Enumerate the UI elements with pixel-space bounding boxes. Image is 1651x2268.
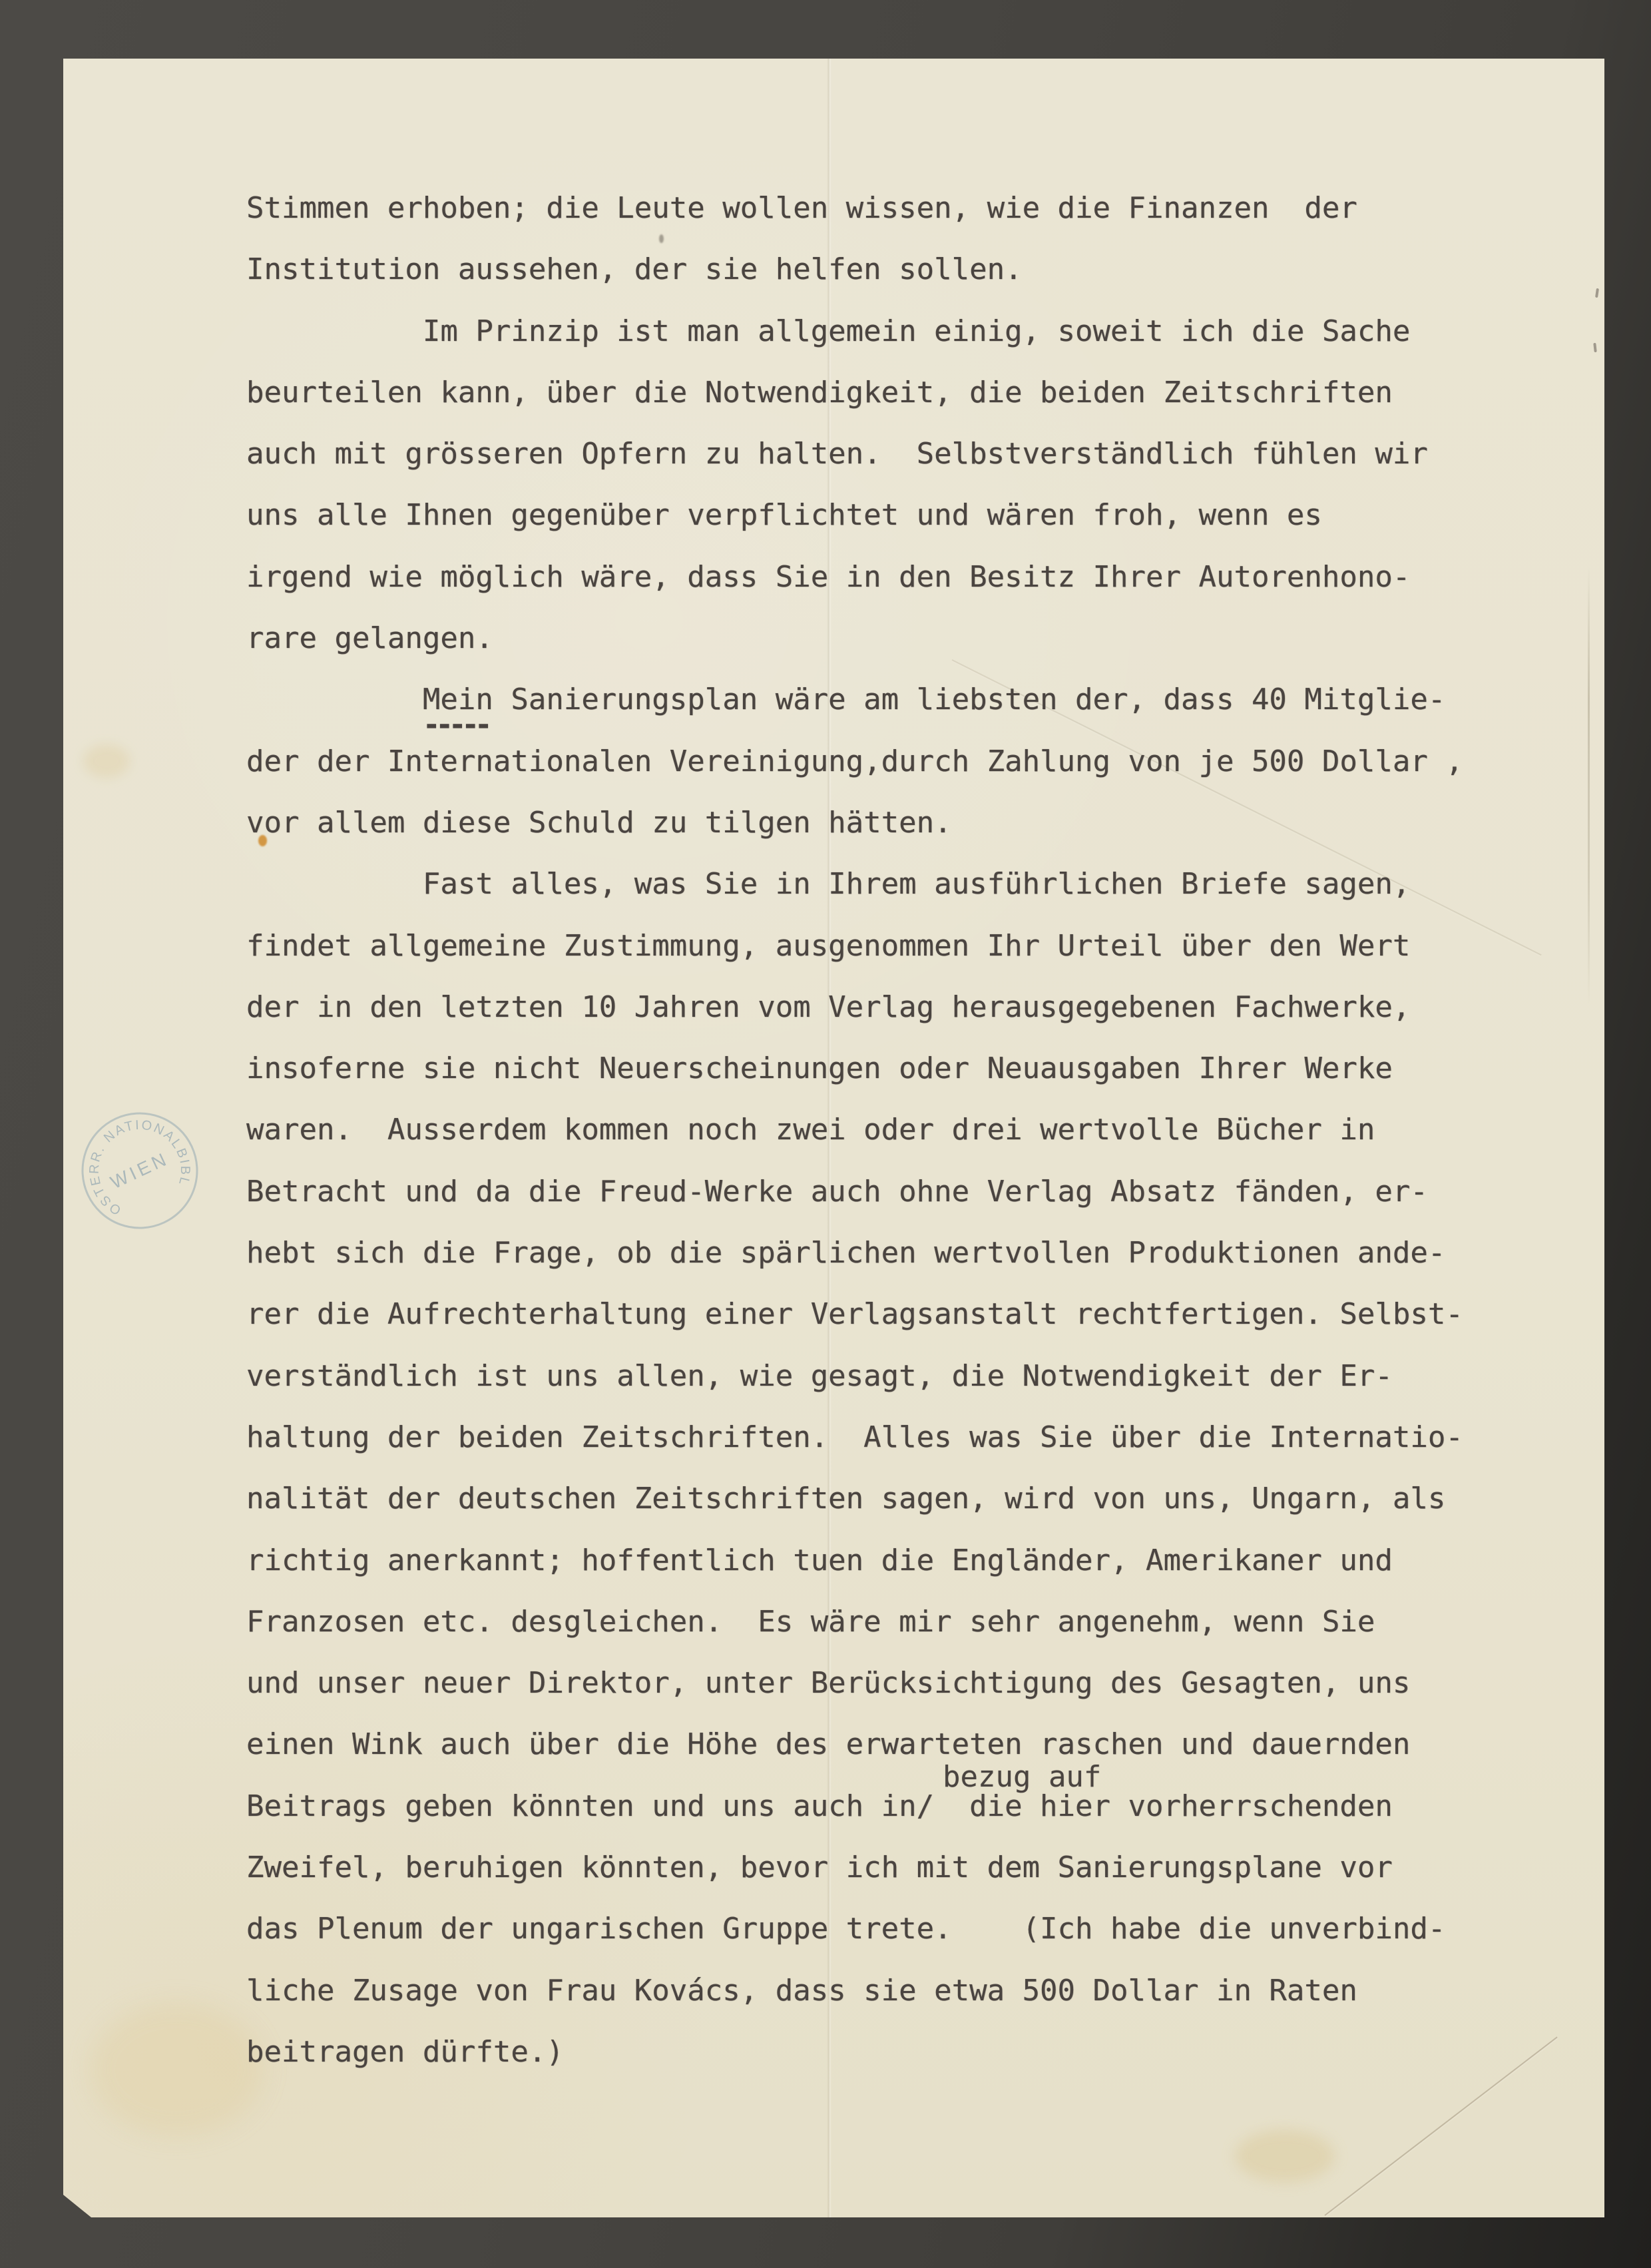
paper-stain — [1235, 2129, 1335, 2183]
typed-line-30: liche Zusage von Frau Kovács, dass sie e… — [246, 1960, 1571, 2022]
typed-text: Stimmen erhoben; die Leute wollen wissen… — [246, 178, 1571, 2083]
typed-line-20: verständlich ist uns allen, wie gesagt, … — [246, 1346, 1571, 1407]
typed-line-8: rare gelangen. — [246, 608, 1571, 669]
typed-line-27: Beitrags geben könnten und uns auch in/ … — [246, 1776, 1571, 1837]
typed-line-4: beurteilen kann, über die Notwendigkeit,… — [246, 362, 1571, 424]
typed-line-28: Zweifel, beruhigen könnten, bevor ich mi… — [246, 1837, 1571, 1898]
typed-line-31: beitragen dürfte.) — [246, 2022, 1571, 2083]
stamp-center-text: WIEN — [107, 1148, 172, 1193]
typed-line-6: uns alle Ihnen gegenüber verpflichtet un… — [246, 485, 1571, 546]
typed-line-11: vor allem diese Schuld zu tilgen hätten. — [246, 792, 1571, 854]
typed-line-24: Franzosen etc. desgleichen. Es wäre mir … — [246, 1591, 1571, 1653]
paper-stain — [90, 2003, 263, 2136]
typed-line-12: Fast alles, was Sie in Ihrem ausführlich… — [246, 854, 1571, 915]
typed-line-23: richtig anerkannt; hoffentlich tuen die … — [246, 1530, 1571, 1591]
typed-line-25: und unser neuer Direktor, unter Berücksi… — [246, 1653, 1571, 1714]
typed-line-14: der in den letzten 10 Jahren vom Verlag … — [246, 977, 1571, 1038]
typed-line-19: rer die Aufrechterhaltung einer Verlagsa… — [246, 1284, 1571, 1345]
typed-line-26: einen Wink auch über die Höhe des erwart… — [246, 1714, 1571, 1775]
typed-line-22: nalität der deutschen Zeitschriften sage… — [246, 1468, 1571, 1530]
right-edge-crease — [1588, 566, 1590, 1005]
typed-line-29: das Plenum der ungarischen Gruppe trete.… — [246, 1898, 1571, 1960]
library-stamp: OSTERR. NATIONALBIBLIOTHEK WIEN — [51, 1082, 228, 1259]
typed-line-13: findet allgemeine Zustimmung, ausgenomme… — [246, 916, 1571, 977]
edge-mark — [1595, 288, 1599, 298]
typed-line-2: Institution aussehen, der sie helfen sol… — [246, 239, 1571, 300]
inserted-correction-text: bezug auf — [943, 1760, 1101, 1794]
typed-line-5: auch mit grösseren Opfern zu halten. Sel… — [246, 424, 1571, 485]
typed-line-15: insoferne sie nicht Neuerscheinungen ode… — [246, 1038, 1571, 1099]
typed-line-17: Betracht und da die Freud-Werke auch ohn… — [246, 1161, 1571, 1223]
typed-line-18: hebt sich die Frage, ob die spärlichen w… — [246, 1223, 1571, 1284]
edge-mark — [1593, 343, 1596, 352]
typed-line-7: irgend wie möglich wäre, dass Sie in den… — [246, 547, 1571, 608]
paper-stain — [83, 744, 130, 778]
typed-line-3: Im Prinzip ist man allgemein einig, sowe… — [246, 301, 1571, 362]
typed-line-16: waren. Ausserdem kommen noch zwei oder d… — [246, 1099, 1571, 1161]
letter-page: OSTERR. NATIONALBIBLIOTHEK WIEN Stimmen … — [63, 59, 1604, 2217]
typed-line-21: haltung der beiden Zeitschriften. Alles … — [246, 1407, 1571, 1468]
strikeout-dashes: ----- — [423, 708, 487, 742]
typed-line-1: Stimmen erhoben; die Leute wollen wissen… — [246, 178, 1571, 239]
